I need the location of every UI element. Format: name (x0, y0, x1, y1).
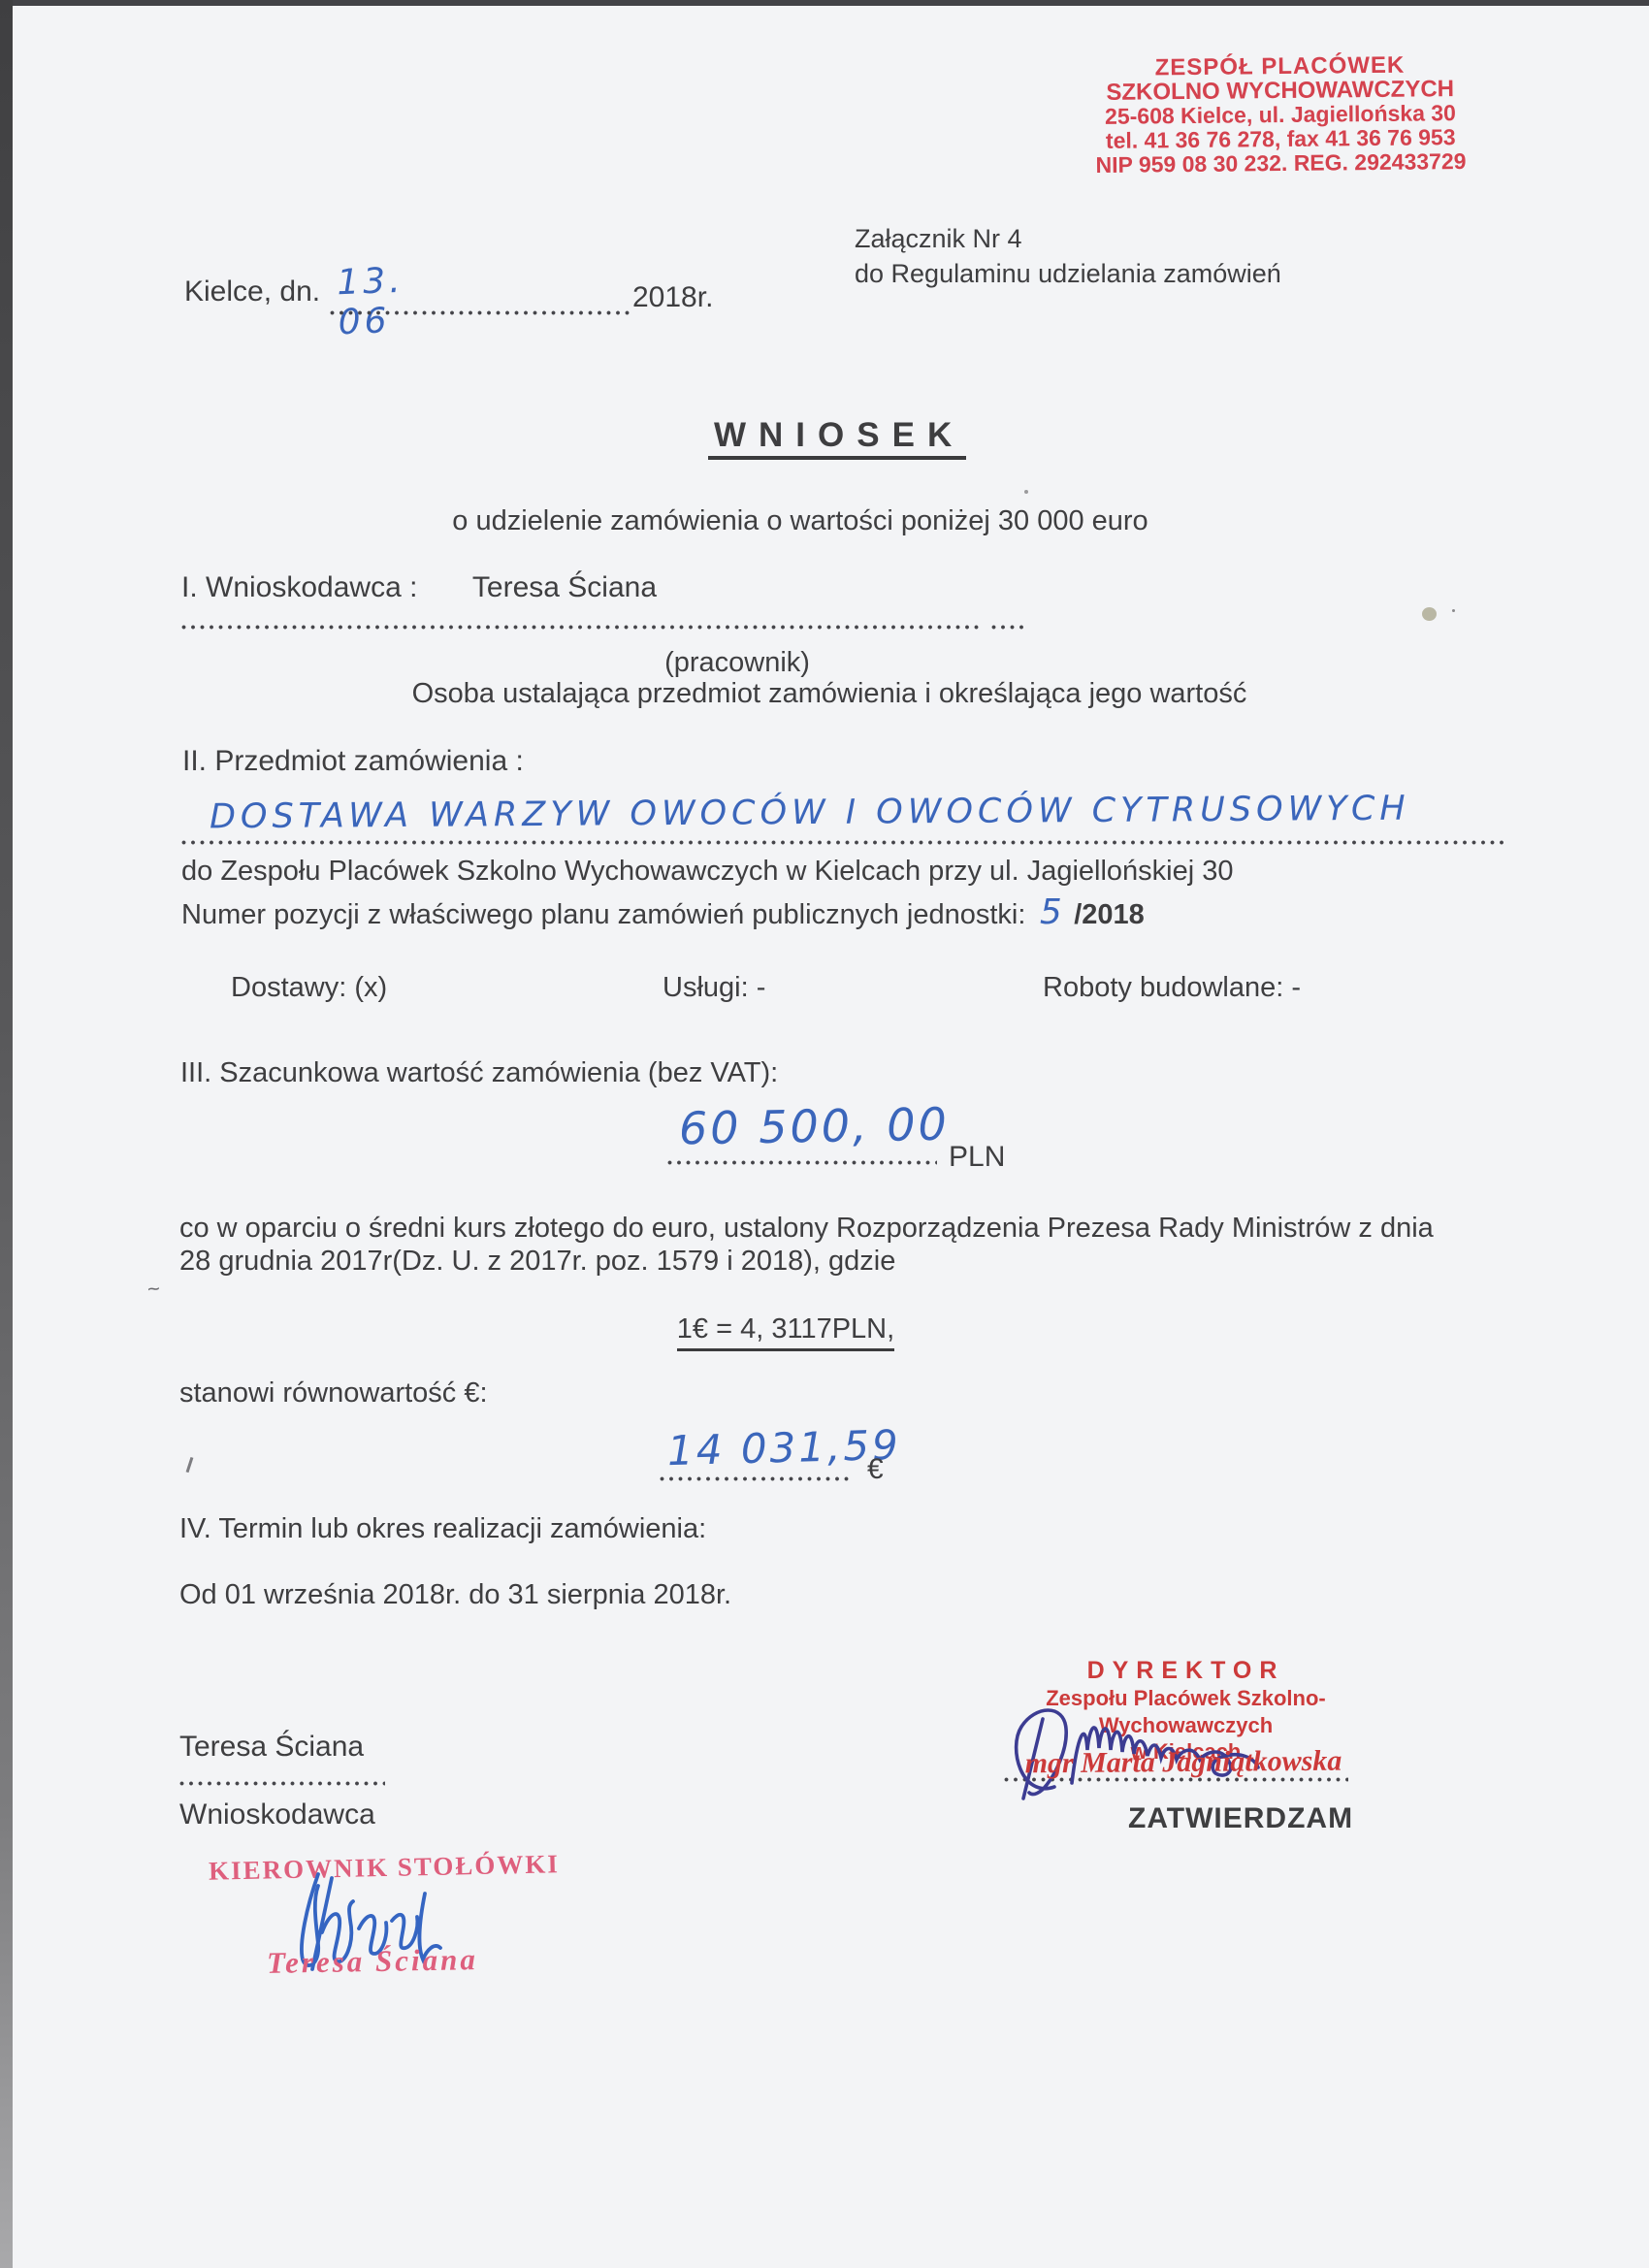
euro-dotted-line (660, 1476, 854, 1481)
term-period: Od 01 września 2018r. do 31 sierpnia 201… (179, 1579, 731, 1611)
plan-position-line: Numer pozycji z właściwego planu zamówie… (181, 892, 1145, 932)
order-type-roboty: Roboty budowlane: - (1043, 972, 1301, 1004)
plan-label: Numer pozycji z właściwego planu zamówie… (181, 899, 1025, 930)
date-line: Kielce, dn.13. 06 2018r. (184, 275, 320, 318)
date-dotted-line (330, 310, 630, 315)
director-stamp-title: DYREKTOR (999, 1657, 1373, 1685)
applicant-dotted-line-tail (991, 625, 1026, 630)
applicant-sign-role: Wnioskodawca (179, 1798, 375, 1831)
plan-year: /2018 (1074, 899, 1145, 930)
paper-speck-small2 (1024, 490, 1028, 494)
exchange-rate-wrap: 1€ = 4, 3117PLN, (592, 1313, 980, 1351)
applicant-sign-name: Teresa Ściana (179, 1731, 364, 1763)
pen-squiggle-mark: ~ (146, 1276, 162, 1302)
euro-sign: € (867, 1453, 884, 1485)
attachment-note-line2: do Regulaminu udzielania zamówień (855, 256, 1281, 291)
document-title: WNIOSEK (708, 419, 966, 460)
term-heading: IV. Termin lub okres realizacji zamówien… (179, 1513, 706, 1545)
applicant-dotted-line (181, 625, 979, 630)
plan-number-handwritten: 5 (1040, 892, 1062, 932)
basis-line1: co w oparciu o średni kurs złotego do eu… (179, 1213, 1434, 1245)
director-name: mgr Marta Jagniątkowska (999, 1744, 1368, 1780)
applicant-name: Teresa Ściana (472, 571, 657, 603)
institution-stamp: ZESPÓŁ PLACÓWEK SZKOLNO WYCHOWAWCZYCH 25… (1071, 52, 1489, 178)
date-suffix: 2018r. (632, 281, 713, 313)
order-type-dostawy: Dostawy: (x) (231, 972, 387, 1004)
paper-speck-small1 (1452, 609, 1455, 612)
subject-handwritten: DOSTAWA WARZYW OWOCÓW I OWOCÓW CYTRUSOWY… (210, 790, 1410, 837)
approve-label: ZATWIERDZAM (1128, 1802, 1353, 1834)
applicant-description: Osoba ustalająca przedmiot zamówienia i … (291, 678, 1368, 710)
estimate-currency: PLN (949, 1141, 1005, 1173)
scan-edge-left (0, 0, 13, 2268)
attachment-note-line1: Załącznik Nr 4 (855, 221, 1281, 256)
canteen-manager-stamp-name: Teresa Ściana (267, 1942, 478, 1981)
estimate-dotted-line (667, 1160, 937, 1165)
document-subtitle: o udzielenie zamówienia o wartości poniż… (291, 505, 1309, 537)
scanned-document-page: ZESPÓŁ PLACÓWEK SZKOLNO WYCHOWAWCZYCH 25… (0, 0, 1649, 2268)
subject-heading: II. Przedmiot zamówienia : (182, 745, 524, 777)
applicant-label: I. Wnioskodawca : (181, 571, 417, 603)
subject-recipient: do Zespołu Placówek Szkolno Wychowawczyc… (181, 856, 1234, 888)
paper-speck-large (1422, 607, 1437, 621)
applicant-sign-dotted-line (179, 1781, 385, 1786)
equivalent-label: stanowi równowartość €: (179, 1377, 488, 1409)
estimate-amount-handwritten: 60 500, 00 (679, 1098, 951, 1155)
basis-line2: 28 grudnia 2017r(Dz. U. z 2017r. poz. 15… (179, 1246, 895, 1278)
date-prefix: Kielce, dn. (184, 275, 320, 308)
subject-dotted-line (181, 840, 1506, 845)
applicant-line: I. Wnioskodawca : Teresa Ściana (181, 571, 657, 603)
estimate-heading: III. Szacunkowa wartość zamówienia (bez … (180, 1057, 778, 1089)
attachment-note: Załącznik Nr 4 do Regulaminu udzielania … (855, 221, 1281, 291)
handwritten-date: 13. 06 (338, 262, 404, 341)
pen-slash-mark (186, 1457, 193, 1473)
order-type-uslugi: Usługi: - (663, 972, 765, 1004)
applicant-note: (pracownik) (582, 647, 892, 679)
exchange-rate: 1€ = 4, 3117PLN, (677, 1313, 894, 1351)
document-title-wrap: WNIOSEK (708, 419, 941, 460)
institution-stamp-line5: NIP 959 08 30 232. REG. 292433729 (1072, 149, 1489, 178)
scan-edge-top (0, 0, 1649, 6)
